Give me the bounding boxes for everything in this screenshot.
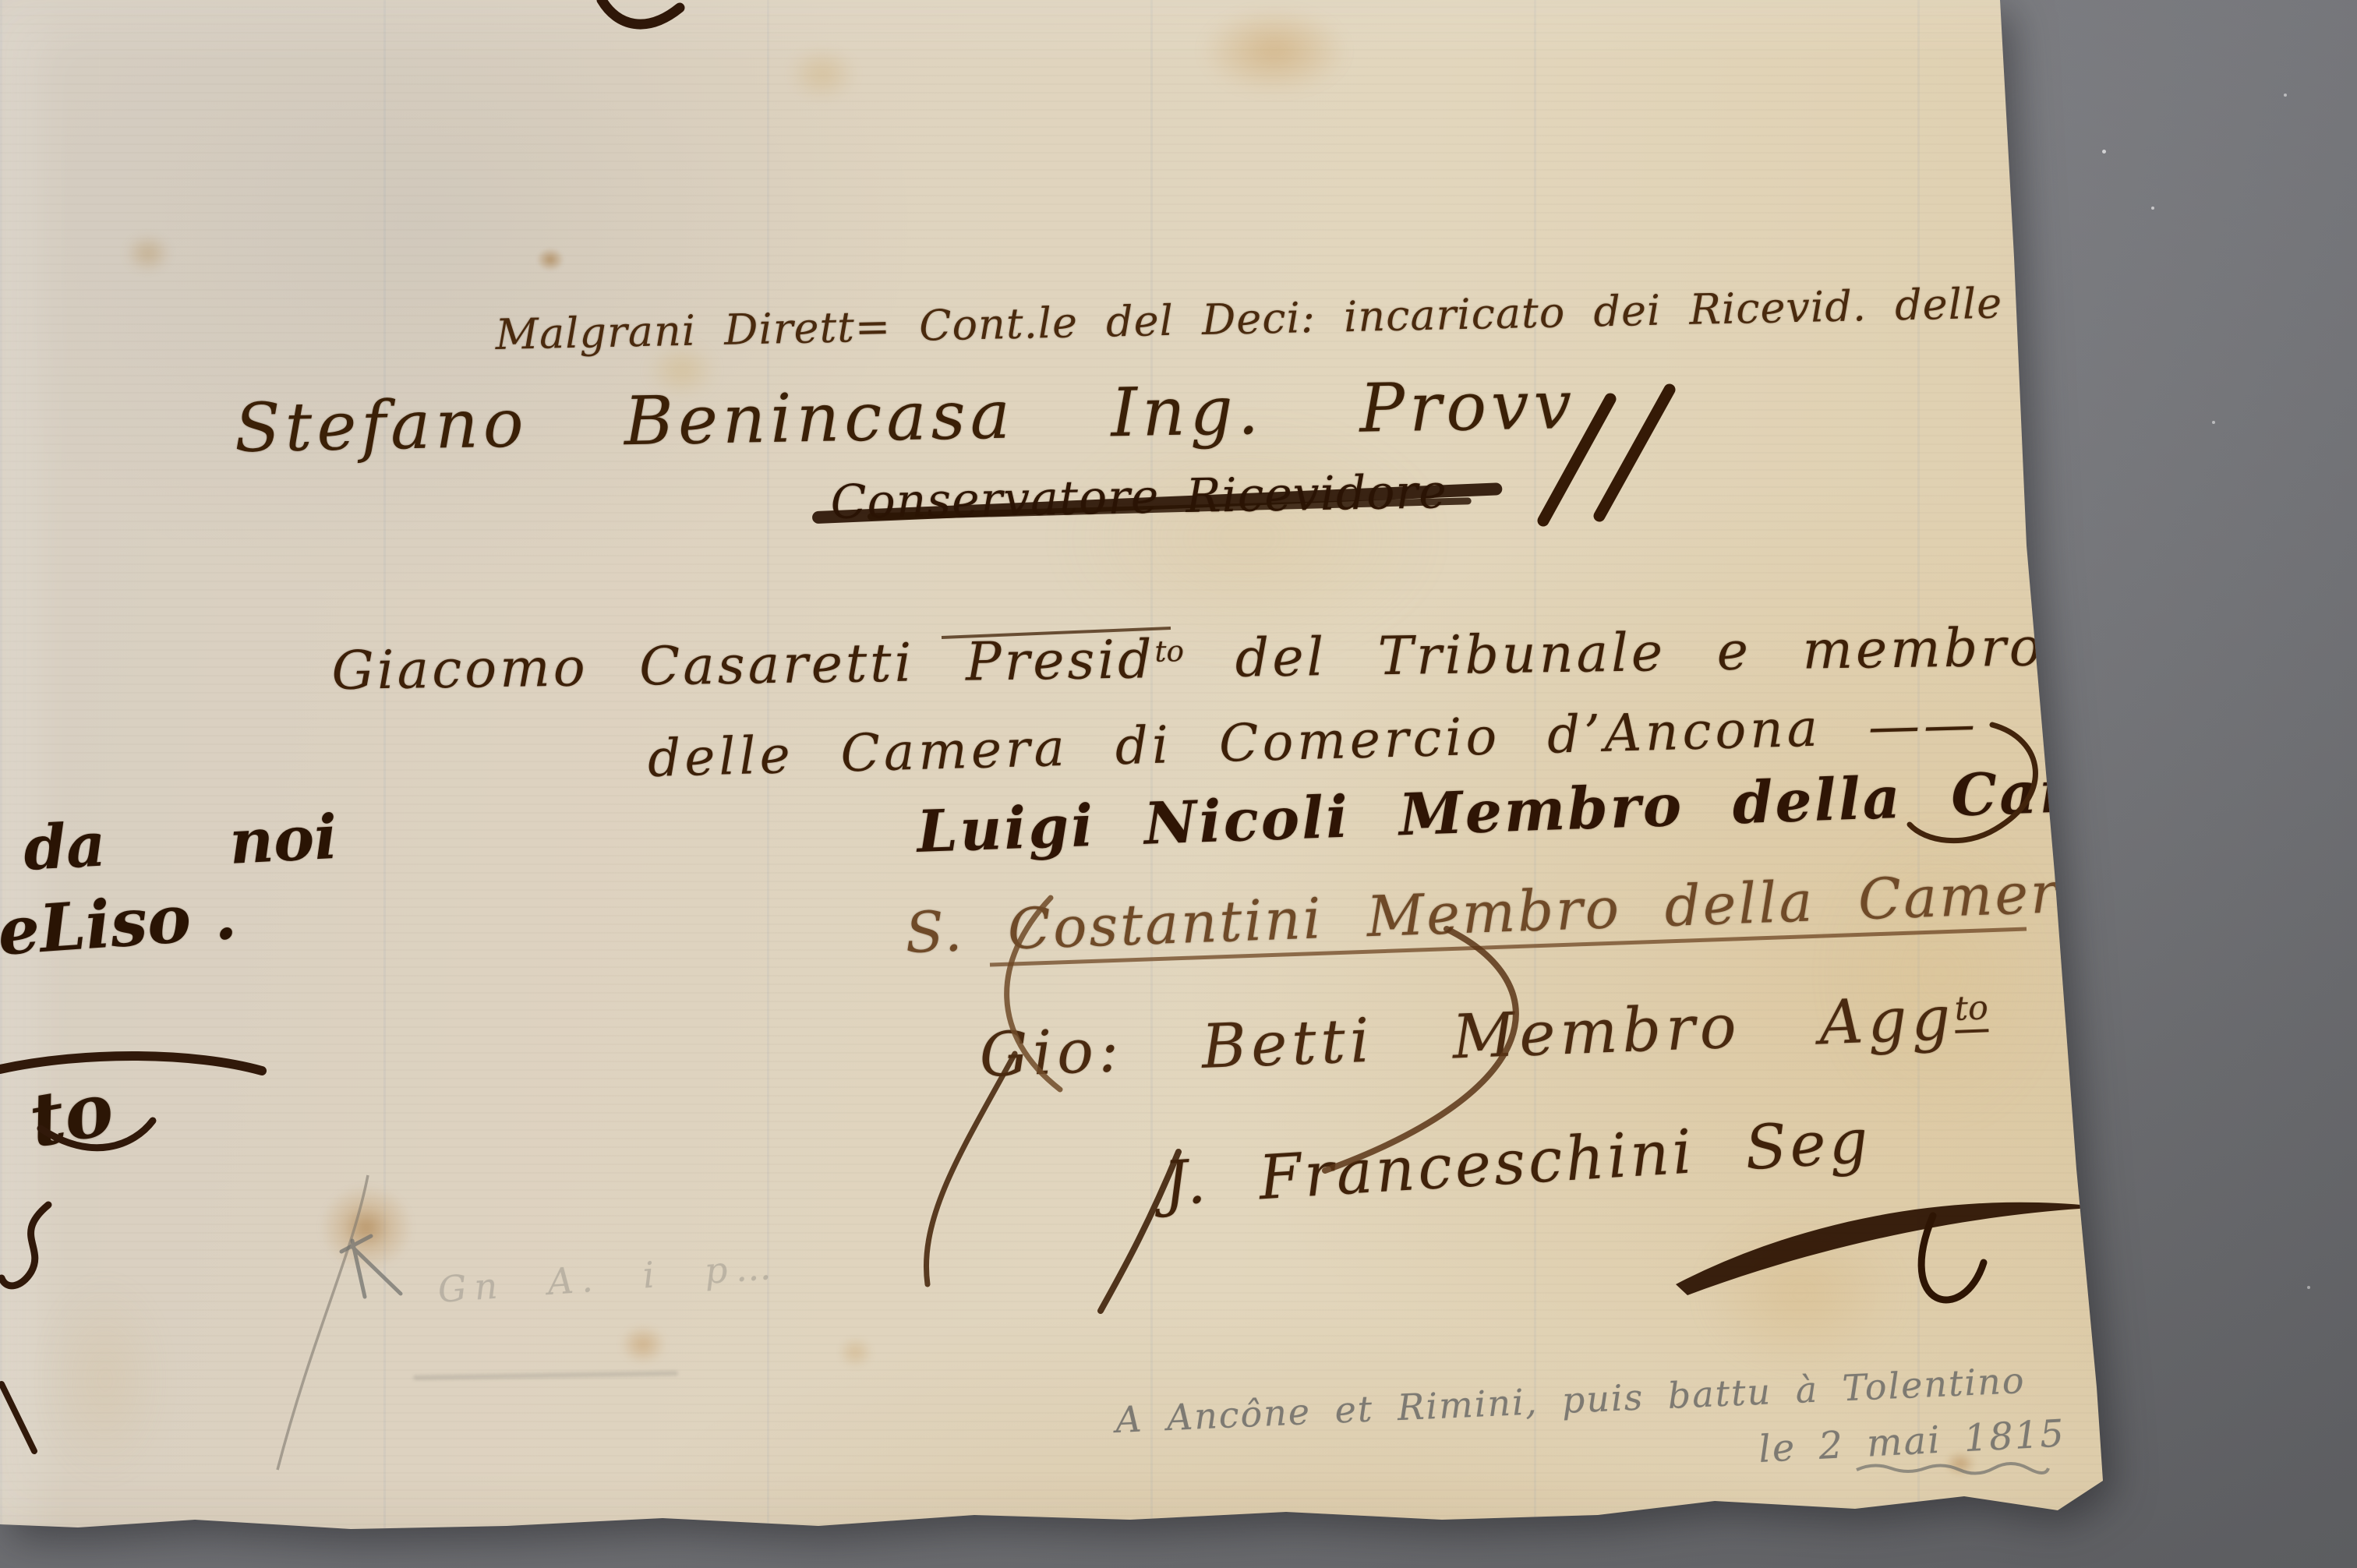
ink-open-paren: [1007, 898, 1060, 1089]
ink-swash-loop: [1921, 1216, 1984, 1300]
dust-speck: [2307, 1286, 2310, 1289]
pencil-arrow-mark: [341, 1236, 401, 1297]
ink-double-slash: [1543, 390, 1670, 521]
ink-overline: [942, 628, 1171, 637]
ink-flourish-top: [602, 0, 680, 24]
pencil-arc: [277, 1175, 368, 1470]
dust-speck: [2284, 94, 2287, 97]
ink-y-squiggle: [2, 1205, 48, 1286]
ink-corner-slash: [2, 1384, 34, 1451]
ink-left-sweep: [0, 1056, 262, 1071]
paper-sheet-wrapper: Malgrani Dirett= Cont.le del Deci: incar…: [0, 0, 2357, 1568]
ink-hook-flourish: [1910, 725, 2035, 841]
dust-speck: [2151, 207, 2154, 210]
dust-speck: [2212, 421, 2215, 424]
ink-descender-loop: [926, 1054, 1015, 1284]
ink-j-tail: [1101, 1152, 1178, 1311]
ink-left-curl: [41, 1121, 153, 1148]
ink-large-curve: [1325, 929, 1516, 1171]
ink-thin-strike: [990, 929, 2027, 965]
ink-underline-swash: [1676, 1202, 2104, 1295]
aged-paper-sheet: Malgrani Dirett= Cont.le del Deci: incar…: [0, 0, 2357, 1568]
dust-speck: [2102, 150, 2106, 154]
photograph-of-manuscript: Malgrani Dirett= Cont.le del Deci: incar…: [0, 0, 2357, 1568]
pencil-date-underline: [1857, 1464, 2048, 1474]
flourish-overlay: [0, 0, 2357, 1568]
